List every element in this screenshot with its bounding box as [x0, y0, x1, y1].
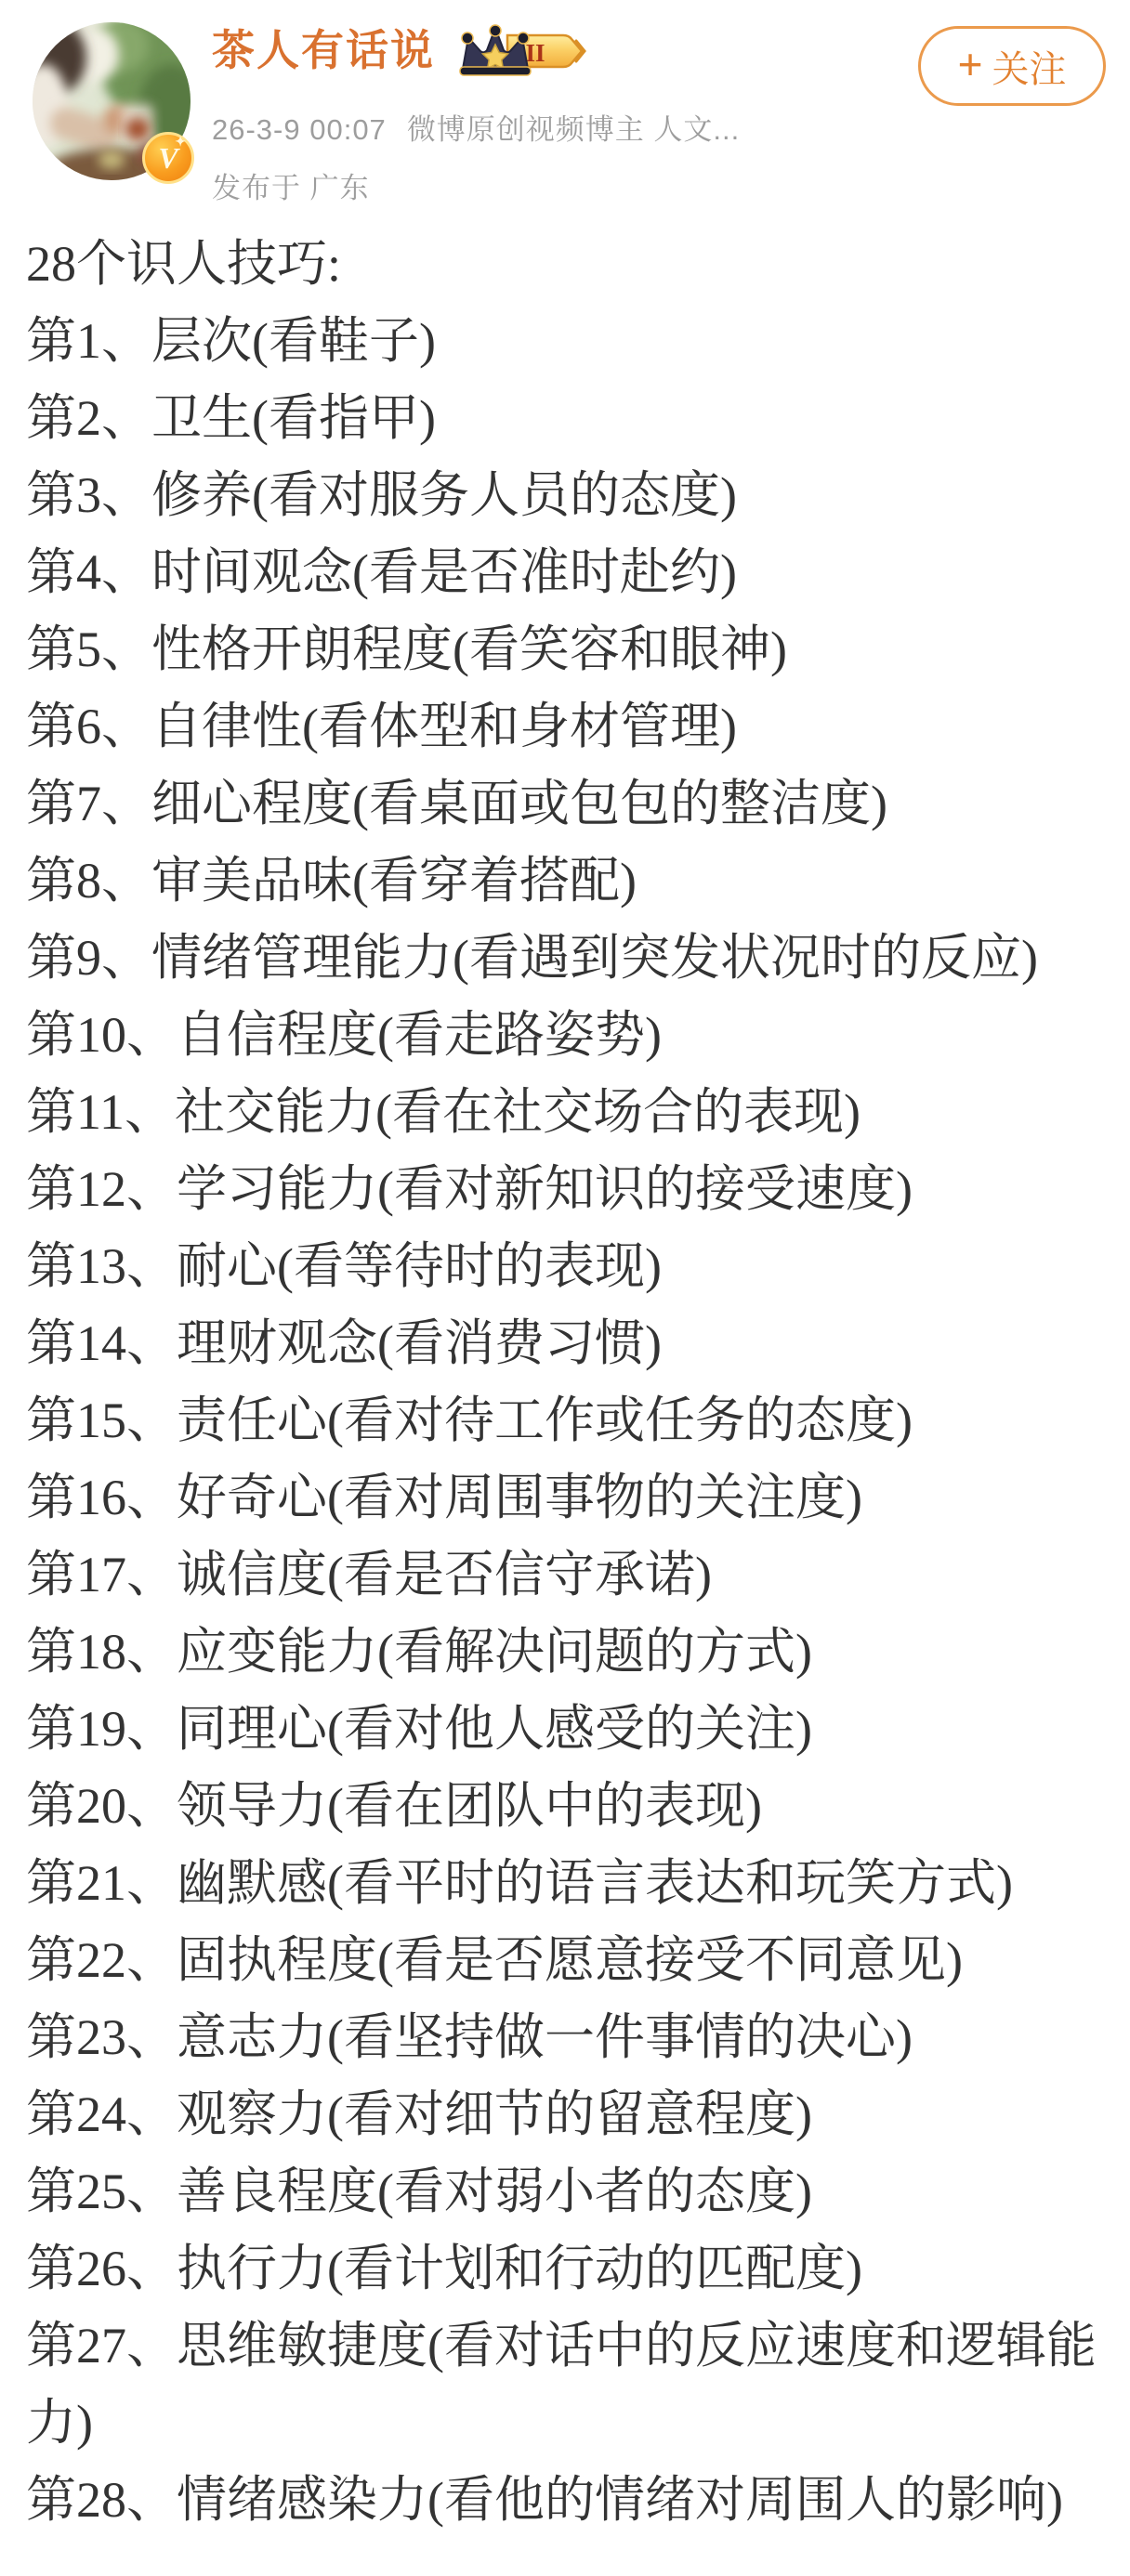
follow-label: 关注: [992, 40, 1066, 93]
list-item: 第3、修养(看对服务人员的态度): [26, 457, 1104, 534]
list-item: 第19、同理心(看对他人感受的关注): [26, 1691, 1104, 1768]
list-item: 第25、善良程度(看对弱小者的态度): [26, 2153, 1104, 2230]
list-item: 第21、幽默感(看平时的语言表达和玩笑方式): [26, 1845, 1104, 1922]
svg-text:II: II: [525, 39, 545, 67]
timestamp: 26-3-9 00:07: [212, 113, 387, 146]
list-item: 第27、思维敏捷度(看对话中的反应速度和逻辑能力): [26, 2308, 1104, 2462]
list-item: 第4、时间观念(看是否准时赴约): [26, 534, 1104, 611]
list-item: 第9、情绪管理能力(看遇到突发状况时的反应): [26, 920, 1104, 997]
list-item: 第2、卫生(看指甲): [26, 380, 1104, 457]
list-item: 第1、层次(看鞋子): [26, 303, 1104, 380]
list-item: 第22、固执程度(看是否愿意接受不同意见): [26, 1922, 1104, 1999]
post-title: 28个识人技巧:: [26, 226, 1104, 303]
list-item: 第11、社交能力(看在社交场合的表现): [26, 1074, 1104, 1151]
list-item: 第15、责任心(看对待工作或任务的态度): [26, 1382, 1104, 1459]
author-block: 茶人有话说 II: [212, 22, 740, 206]
post-items: 第1、层次(看鞋子)第2、卫生(看指甲)第3、修养(看对服务人员的态度)第4、时…: [26, 303, 1104, 2539]
post-body: 28个识人技巧: 第1、层次(看鞋子)第2、卫生(看指甲)第3、修养(看对服务人…: [0, 200, 1130, 2576]
list-item: 第20、领导力(看在团队中的表现): [26, 1768, 1104, 1845]
weibo-post: V ✦ 茶人有话说: [0, 0, 1130, 2576]
source-label[interactable]: 微博原创视频博主 人文...: [407, 113, 740, 146]
meta-row: 26-3-9 00:07微博原创视频博主 人文...: [212, 106, 740, 148]
list-item: 第18、应变能力(看解决问题的方式): [26, 1614, 1104, 1691]
list-item: 第17、诚信度(看是否信守承诺): [26, 1536, 1104, 1614]
list-item: 第26、执行力(看计划和行动的匹配度): [26, 2230, 1104, 2308]
list-item: 第28、情绪感染力(看他的情绪对周围人的影响): [26, 2462, 1104, 2539]
list-item: 第24、观察力(看对细节的留意程度): [26, 2076, 1104, 2153]
author-name[interactable]: 茶人有话说: [212, 24, 435, 78]
list-item: 第6、自律性(看体型和身材管理): [26, 688, 1104, 765]
list-item: 第13、耐心(看等待时的表现): [26, 1228, 1104, 1305]
verified-badge-icon: V ✦: [142, 132, 194, 184]
list-item: 第16、好奇心(看对周围事物的关注度): [26, 1459, 1104, 1536]
vip-crown-badge[interactable]: II: [450, 22, 597, 80]
list-item: 第5、性格开朗程度(看笑容和眼神): [26, 611, 1104, 688]
location-label: 发布于 广东: [212, 164, 740, 206]
list-item: 第14、理财观念(看消费习惯): [26, 1305, 1104, 1382]
crown-level-icon: II: [450, 22, 597, 80]
list-item: 第10、自信程度(看走路姿势): [26, 997, 1104, 1074]
avatar[interactable]: V ✦: [33, 22, 191, 180]
sparkle-icon: ✦: [175, 137, 186, 150]
list-item: 第12、学习能力(看对新知识的接受速度): [26, 1151, 1104, 1228]
post-header: V ✦ 茶人有话说: [0, 0, 1130, 200]
list-item: 第7、细心程度(看桌面或包包的整洁度): [26, 765, 1104, 843]
follow-button[interactable]: + 关注: [918, 26, 1106, 106]
list-item: 第23、意志力(看坚持做一件事情的决心): [26, 1999, 1104, 2076]
list-item: 第8、审美品味(看穿着搭配): [26, 843, 1104, 920]
plus-icon: +: [958, 43, 983, 85]
